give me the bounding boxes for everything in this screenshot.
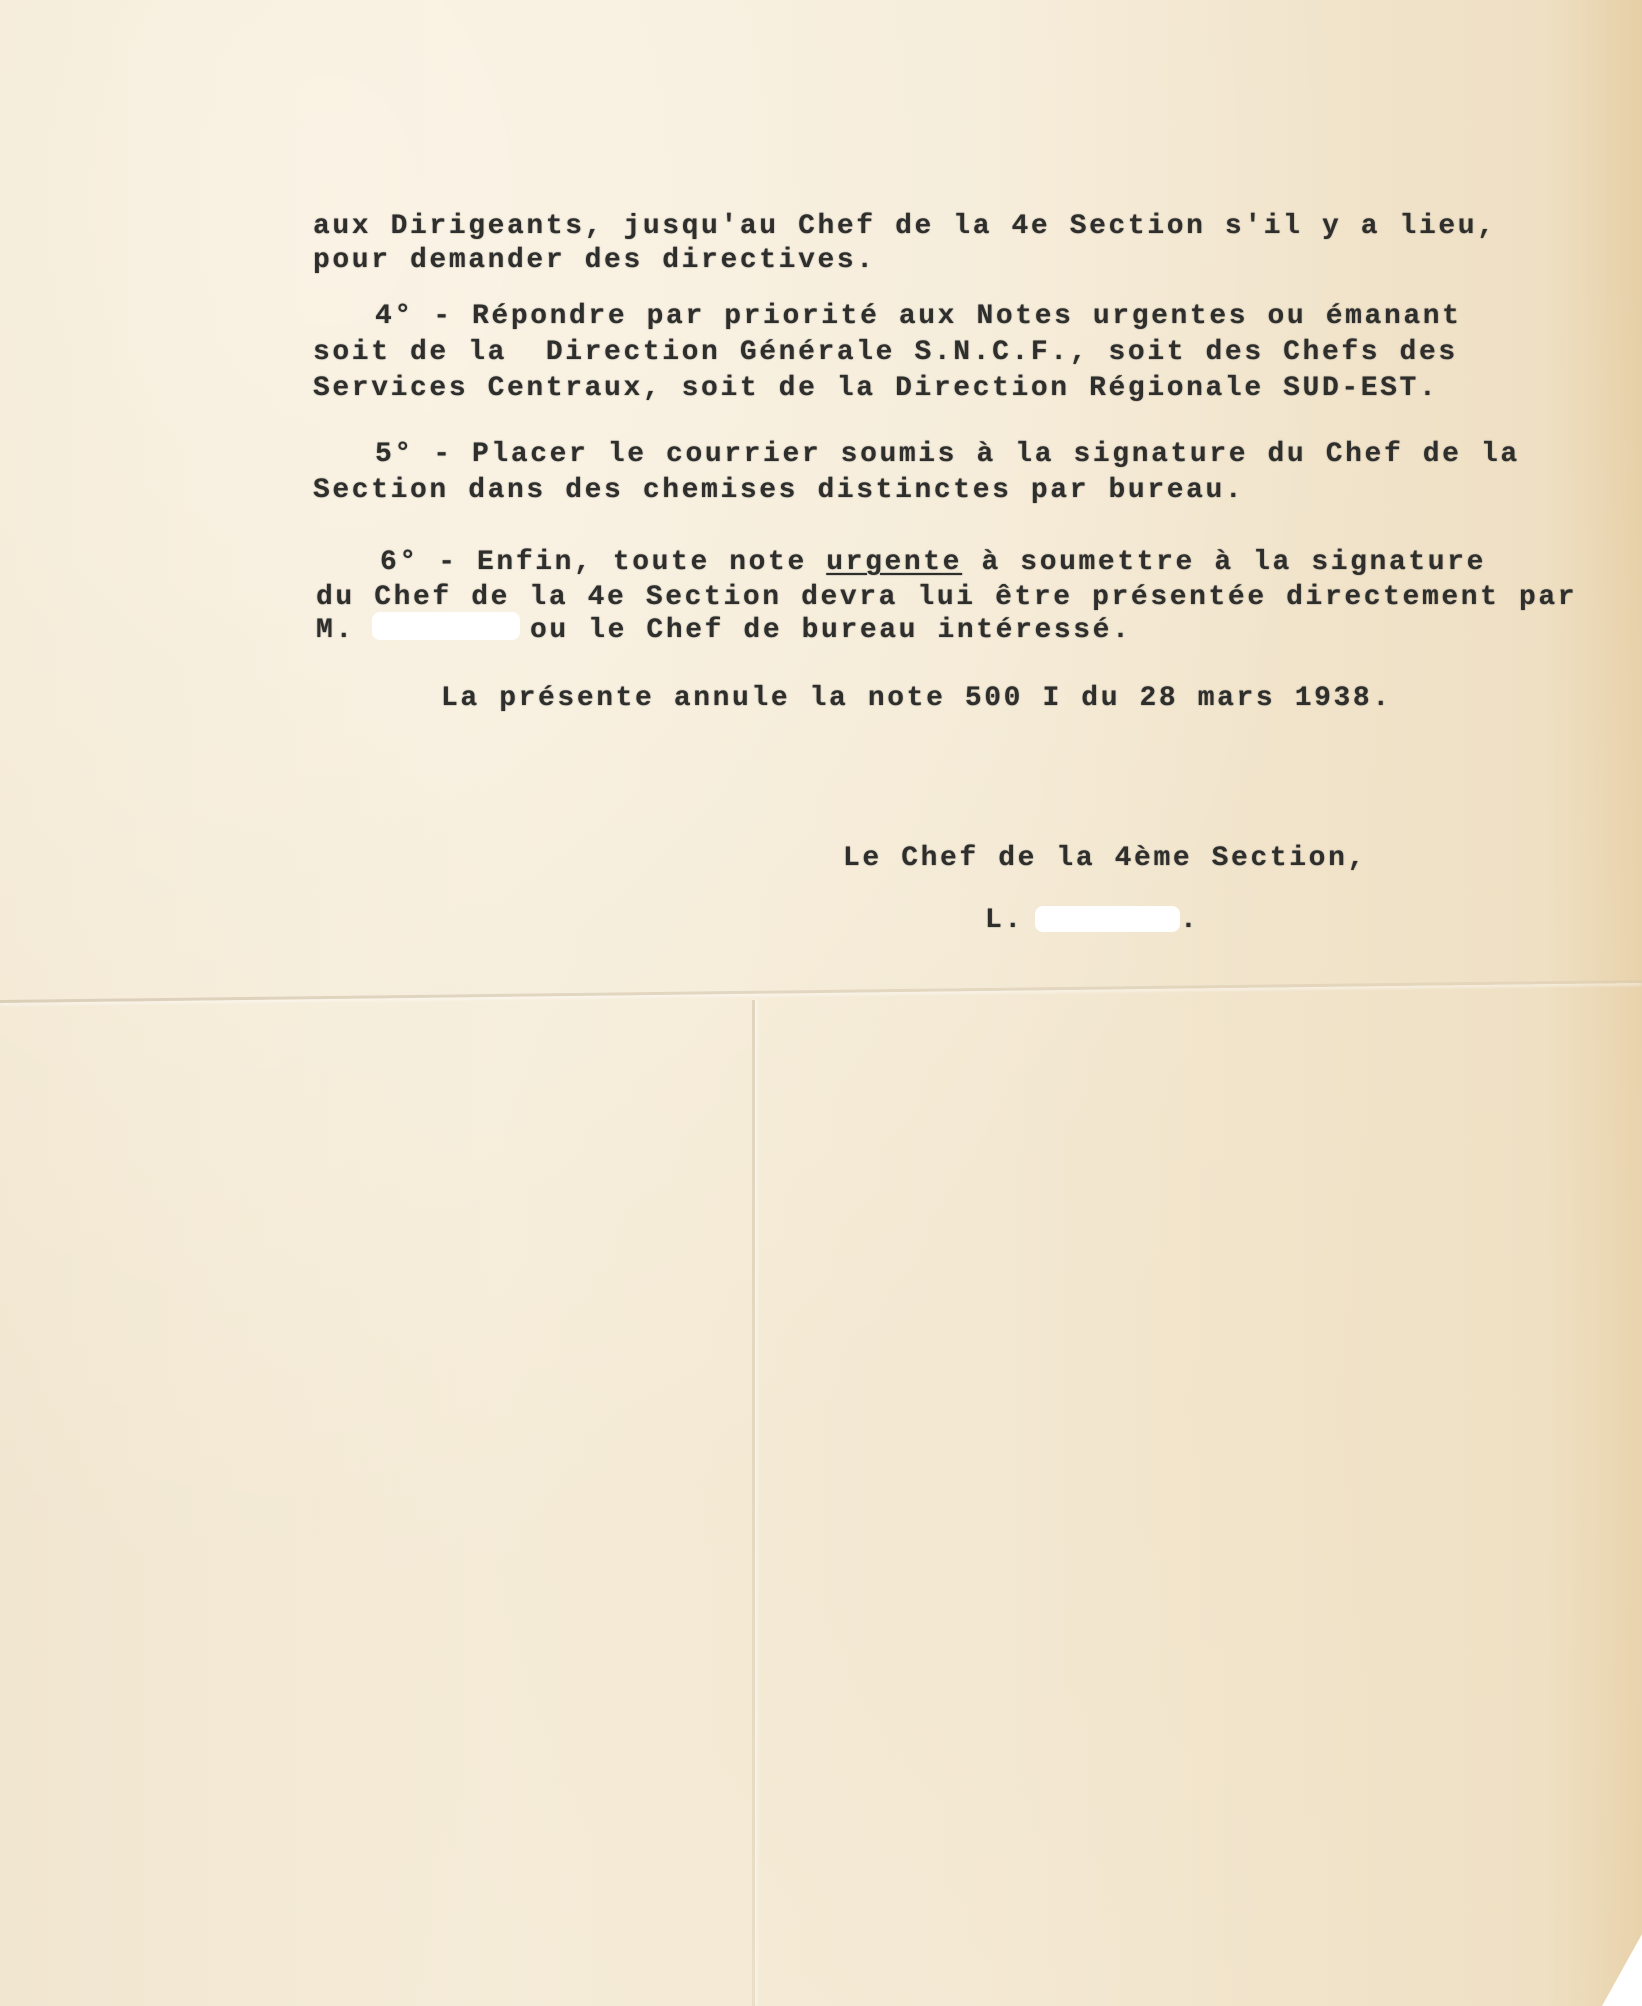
item-6-text-b: à soumettre à la signature <box>962 547 1486 578</box>
continuation-line-2: pour demander des directives. <box>313 244 876 278</box>
item-6-text-a: 6° - Enfin, toute note <box>380 547 826 578</box>
redaction-box-name-2 <box>1035 906 1180 932</box>
item-4-line-3: Services Centraux, soit de la Direction … <box>313 372 1438 406</box>
redaction-box-name-1 <box>372 612 520 640</box>
cancellation-note: La présente annule la note 500 I du 28 m… <box>441 682 1392 716</box>
item-4-line-2: soit de la Direction Générale S.N.C.F., … <box>313 336 1458 370</box>
item-6-line-1: 6° - Enfin, toute note urgente à soumett… <box>380 546 1486 580</box>
item-5-line-2: Section dans des chemises distinctes par… <box>313 474 1244 508</box>
item-5-line-1: 5° - Placer le courrier soumis à la sign… <box>375 438 1520 472</box>
item-6-line-2: du Chef de la 4e Section devra lui être … <box>316 581 1577 615</box>
signature-period: . <box>1180 904 1199 938</box>
vertical-fold-crease <box>752 1000 755 2006</box>
torn-corner <box>1602 1934 1642 2006</box>
signature-title: Le Chef de la 4ème Section, <box>843 842 1367 876</box>
underlined-urgente: urgente <box>826 547 962 578</box>
continuation-line-1: aux Dirigeants, jusqu'au Chef de la 4e S… <box>313 210 1497 244</box>
signature-initial: L. <box>985 904 1024 938</box>
item-6-line-3-prefix: M. <box>316 614 355 648</box>
item-6-line-3-suffix: ou le Chef de bureau intéressé. <box>530 614 1132 648</box>
item-4-line-1: 4° - Répondre par priorité aux Notes urg… <box>375 300 1462 334</box>
